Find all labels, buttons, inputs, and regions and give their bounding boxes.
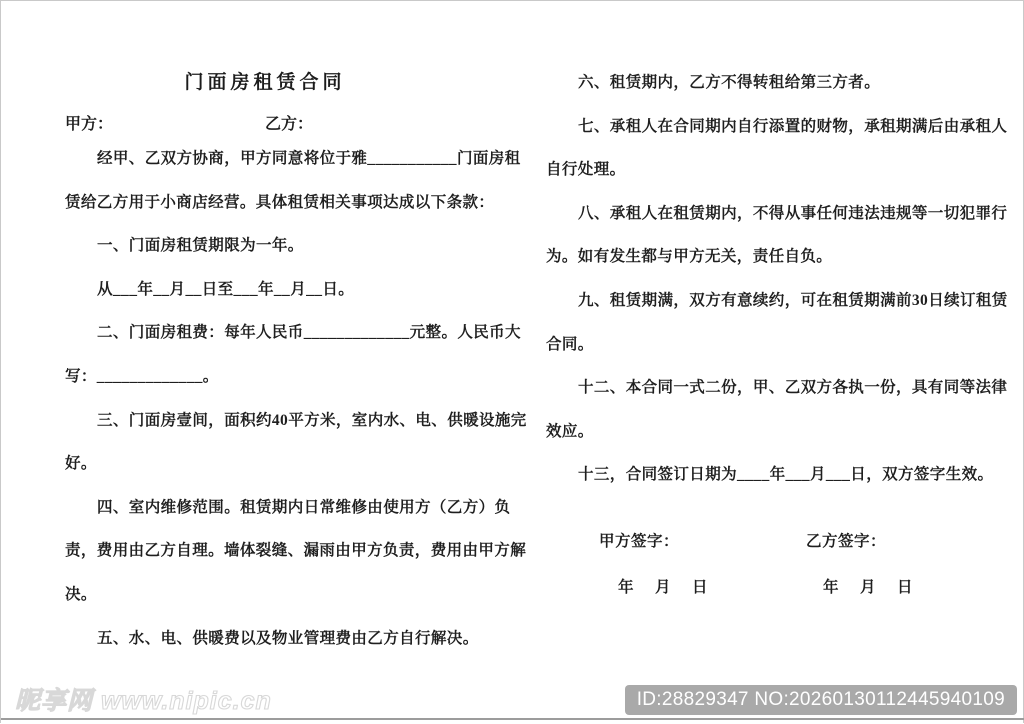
nipic-watermark: 昵享网 www.nipic.cn: [15, 681, 272, 717]
party-b-signature-label: 乙方签字：: [806, 529, 886, 551]
contract-line: 十二、本合同一式二份，甲、乙双方各执一份，具有同等法律: [546, 366, 974, 410]
party-a-label: 甲方：: [65, 111, 113, 134]
contract-line: 六、租赁期内，乙方不得转租给第三方者。: [546, 61, 974, 105]
contract-line: 十三，合同签订日期为____年___月___日，双方签字生效。: [546, 453, 974, 497]
contract-line: 二、门面房租费：每年人民币_____________元整。人民币大: [65, 311, 501, 355]
contract-line: 八、承租人在租赁期内，不得从事任何违法违规等一切犯罪行: [546, 192, 974, 236]
contract-line: 合同。: [546, 323, 974, 367]
parties-row: 甲方： 乙方：: [1, 111, 513, 135]
image-id-badge: ID:28829347 NO:20260130112445940109: [625, 685, 1017, 715]
contract-line: 从___年__月__日至___年__月__日。: [65, 268, 501, 312]
contract-line: 四、室内维修范围。租赁期内日常维修由使用方（乙方）负: [65, 486, 501, 530]
contract-line: 决。: [65, 573, 501, 617]
contract-line: 七、承租人在合同期内自行添置的财物，承租期满后由承租人: [546, 105, 974, 149]
contract-line: 责，费用由乙方自理。墙体裂缝、漏雨由甲方负责，费用由甲方解: [65, 529, 501, 573]
party-b-label: 乙方：: [265, 111, 313, 134]
contract-line: 效应。: [546, 410, 974, 454]
contract-line: 好。: [65, 442, 501, 486]
contract-line: 自行处理。: [546, 148, 974, 192]
contract-line: 九、租赁期满，双方有意续约，可在租赁期满前30日续订租赁: [546, 279, 974, 323]
bottom-divider: [1, 718, 1024, 720]
contract-line: 五、水、电、供暖费以及物业管理费由乙方自行解决。: [65, 617, 501, 661]
contract-line: 三、门面房壹间，面积约40平方米，室内水、电、供暖设施完: [65, 399, 501, 443]
contract-line: 为。如有发生都与甲方无关，责任自负。: [546, 235, 974, 279]
contract-line: 经甲、乙双方协商，甲方同意将位于雅___________门面房租: [65, 137, 501, 181]
party-b-date-line: 年 月 日: [823, 575, 916, 597]
contract-line: 赁给乙方用于小商店经营。具体租赁相关事项达成以下条款：: [65, 181, 501, 225]
contract-line: 写：_____________。: [65, 355, 501, 399]
contract-left-column: 经甲、乙双方协商，甲方同意将位于雅___________门面房租 赁给乙方用于小…: [65, 137, 501, 660]
contract-right-column: 六、租赁期内，乙方不得转租给第三方者。 七、承租人在合同期内自行添置的财物，承租…: [546, 61, 974, 497]
contract-title: 门面房租赁合同: [65, 67, 465, 94]
party-a-signature-label: 甲方签字：: [599, 529, 679, 551]
contract-line: 一、门面房租赁期限为一年。: [65, 224, 501, 268]
contract-document-page: 门面房租赁合同 甲方： 乙方： 经甲、乙双方协商，甲方同意将位于雅_______…: [0, 0, 1024, 723]
party-a-date-line: 年 月 日: [618, 575, 711, 597]
